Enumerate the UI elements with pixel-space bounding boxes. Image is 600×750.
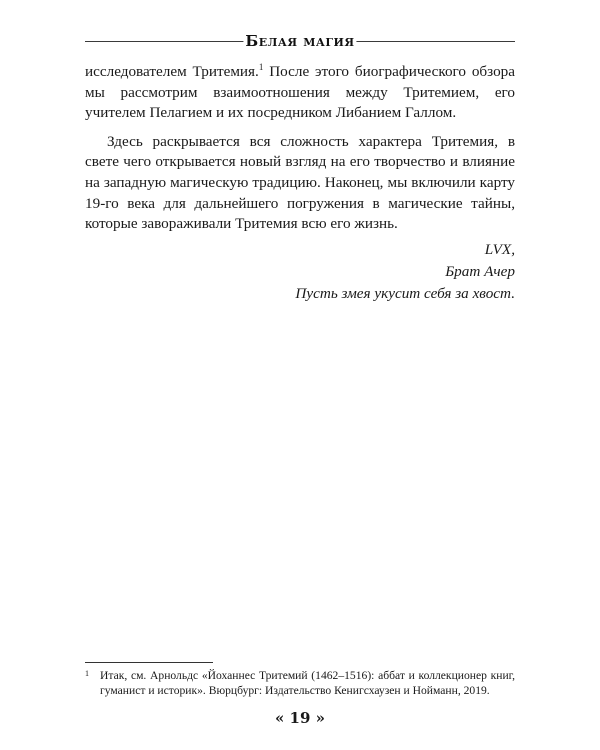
footnote-rule — [85, 662, 213, 663]
paragraph-2: Здесь раскрывается вся сложность характе… — [85, 132, 515, 235]
footnotes-section: 1 Итак, см. Арнольдс «Йоханнес Тритемий … — [85, 662, 515, 698]
footnote-1: 1 Итак, см. Арнольдс «Йоханнес Тритемий … — [85, 668, 515, 698]
page-number: « 19 » — [0, 709, 600, 727]
running-head-title: Белая магия — [243, 30, 356, 52]
signature-author: Брат Ачер — [85, 261, 515, 283]
running-head: Белая магия — [85, 30, 515, 52]
body-text: исследователем Тритемия.1 После этого би… — [85, 62, 515, 305]
signature-block: LVX, Брат Ачер Пусть змея укусит себя за… — [85, 239, 515, 305]
footnote-number: 1 — [85, 666, 89, 681]
signature-lvx: LVX, — [85, 239, 515, 261]
paragraph-1-start: исследователем Тритемия. — [85, 63, 259, 80]
signature-motto: Пусть змея укусит себя за хвост. — [85, 283, 515, 305]
paragraph-1: исследователем Тритемия.1 После этого би… — [85, 62, 515, 124]
footnote-text: Итак, см. Арнольдс «Йоханнес Тритемий (1… — [100, 669, 515, 697]
